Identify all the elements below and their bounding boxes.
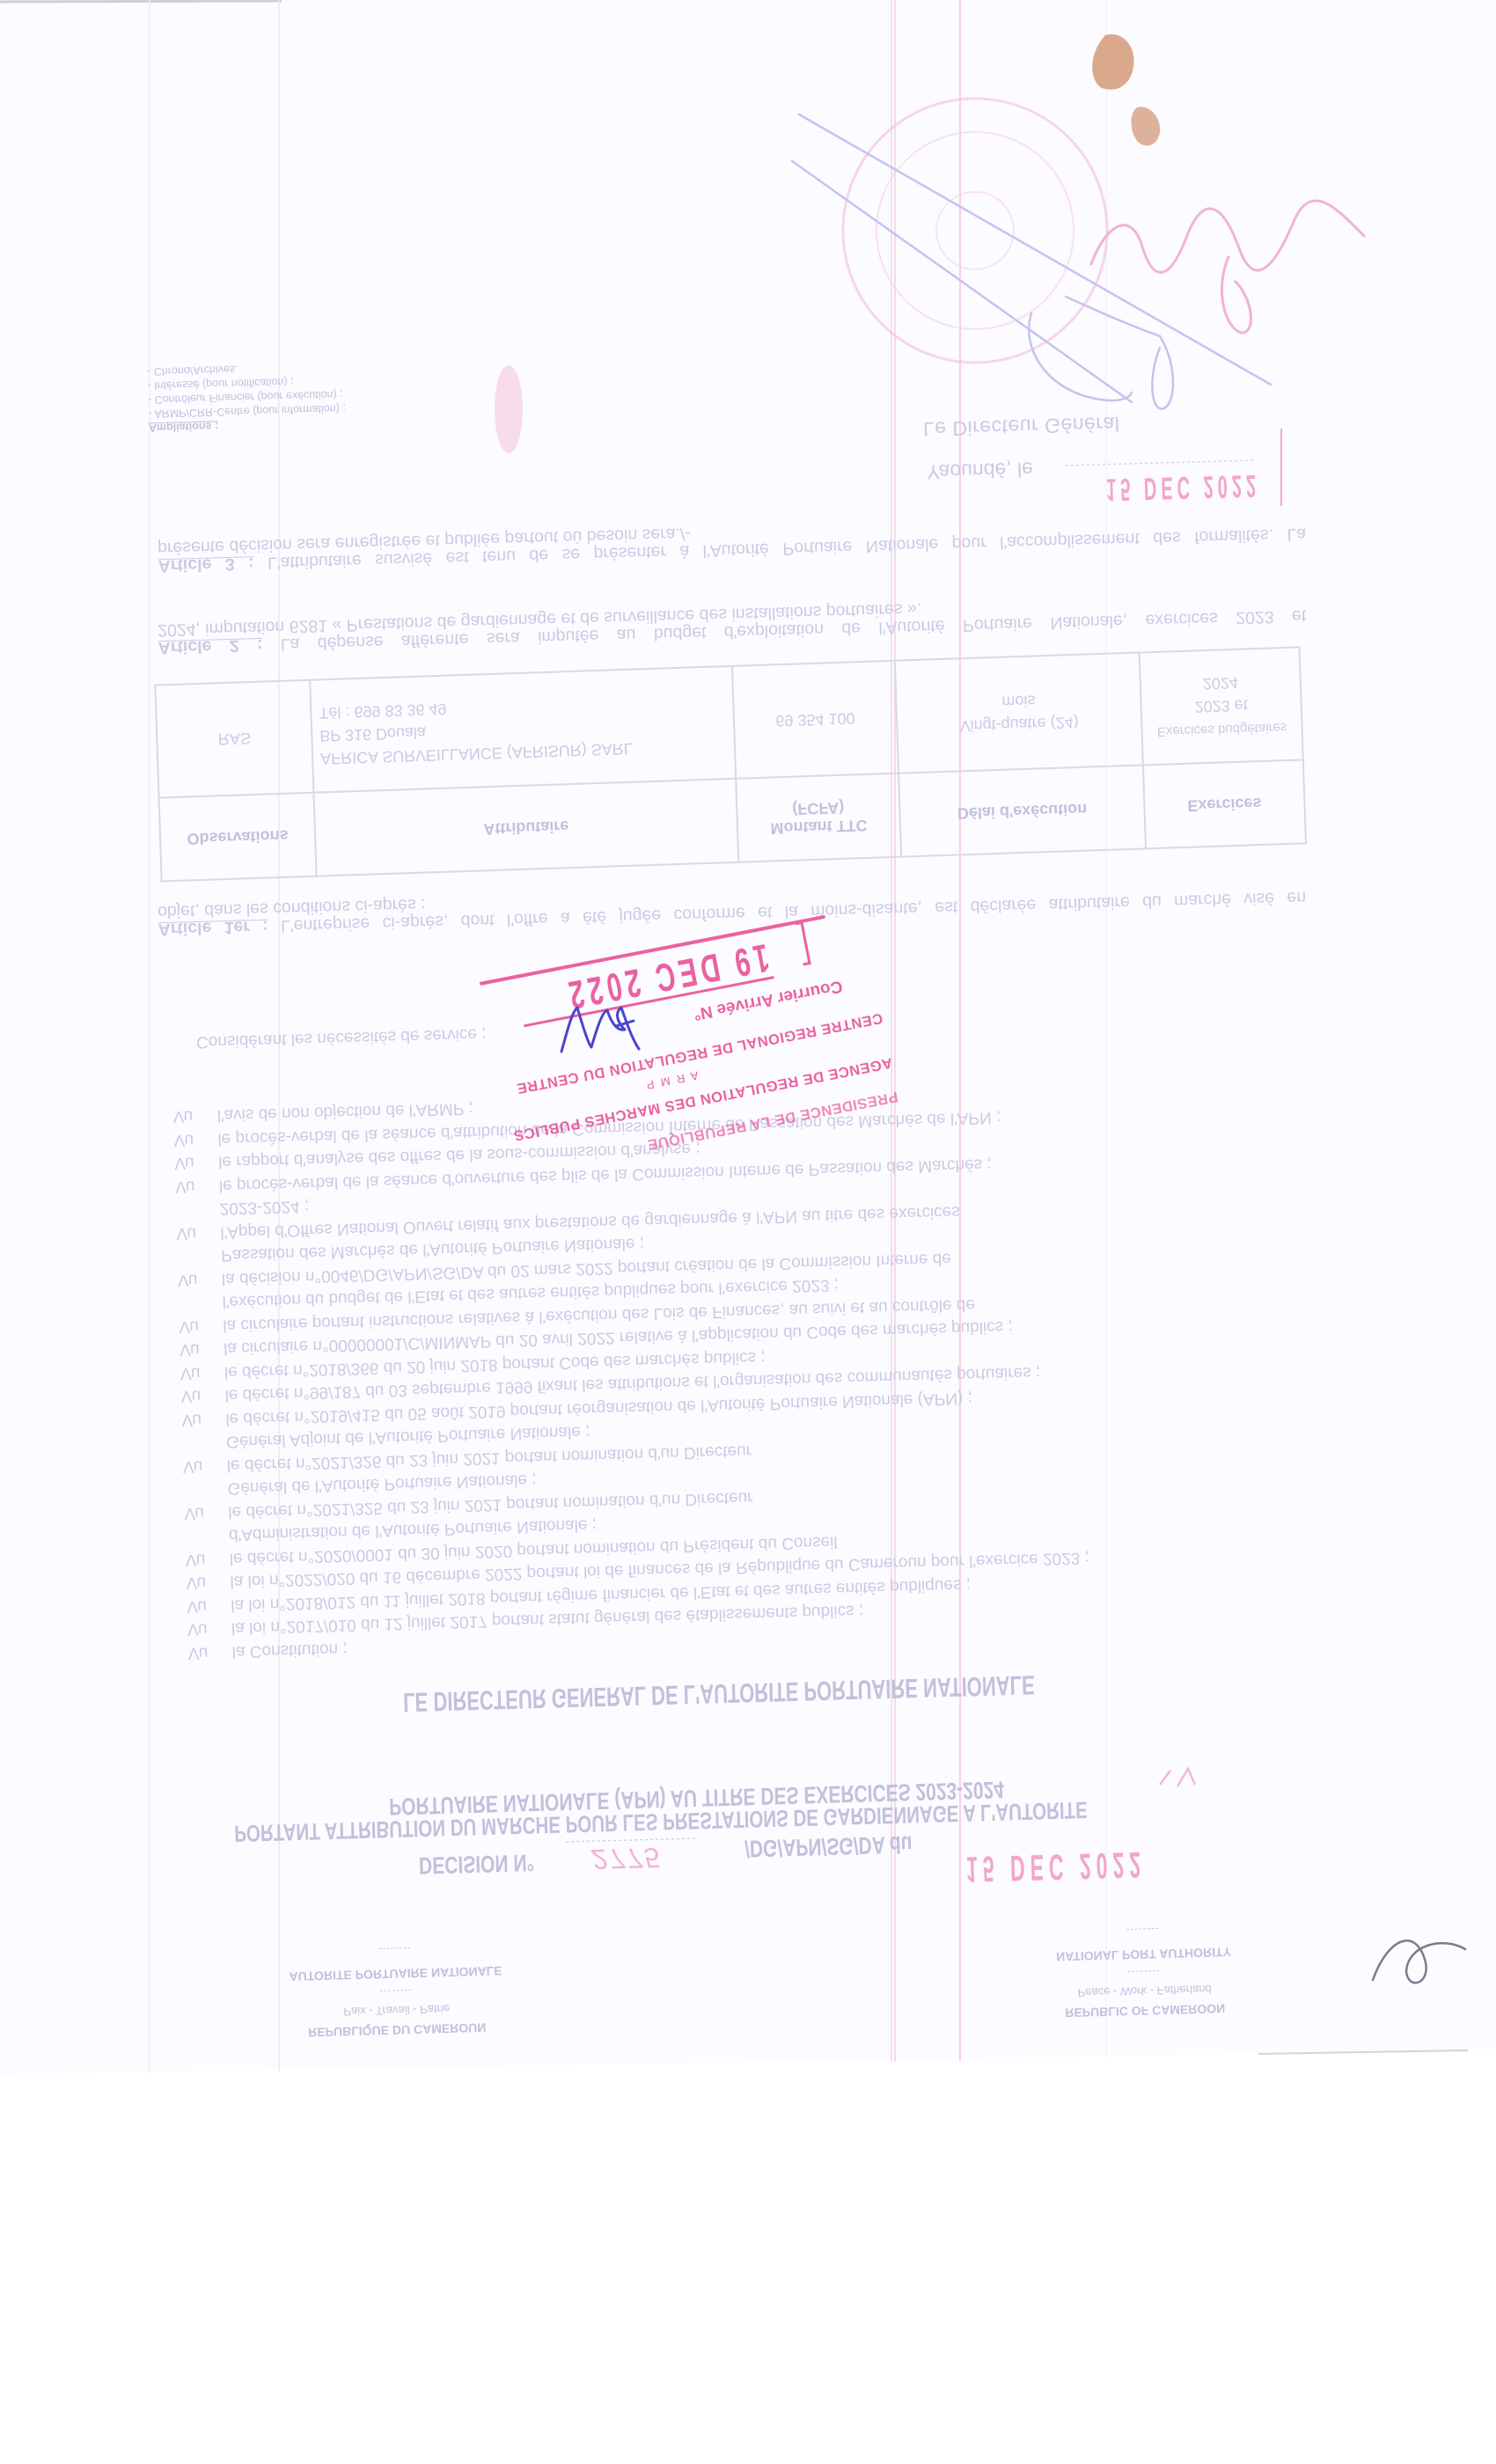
visas-list: Vula Constitution ; Vula loi n°2017/010 … [172,1073,1331,1664]
cell-montant-ttc: 69 354 100 [732,661,898,779]
visa-label: Vu [187,1617,232,1641]
decision-date-stamp: 15 DEC 2022 [965,1846,1146,1889]
table-header-delai: Délai d'exécution [898,765,1146,856]
header-right-block: REPUBLIC OF CAMEROON Peace - Work - Fath… [1001,1913,1286,2025]
visa-label: Vu [184,1500,229,1524]
header-left-block: REPUBLIQUE DU CAMEROUN Paix - Travail - … [253,1932,538,2044]
visa-label: Vu [180,1337,224,1361]
ampliations-block: Ampliations : - ARMP/CRR-Centre (pour in… [147,357,430,436]
cell-delai: Vingt-quatre (24) mois [895,653,1143,774]
visa-label [185,1523,230,1548]
visa-label [177,1243,222,1268]
visa-label: Vu [180,1360,225,1384]
visa-label: Vu [175,1173,220,1198]
decision-handwritten-number: 2775 [591,1842,662,1875]
visa-label: Vu [172,1104,217,1128]
signatory-title: Le Directeur Général [923,414,1120,440]
visa-label: Vu [178,1266,223,1291]
award-table: Observations Attributaire Montant TTC (F… [155,665,1305,882]
cell-observations: RAS [155,680,313,798]
signature-date-stamp: 15 DEC 2022 [1105,466,1260,508]
header-separator: -------- [1002,1918,1284,1941]
stamp-bracket [795,921,810,966]
table-header-attributaire: Attributaire [313,779,738,876]
header-motto-fr: Paix - Travail - Patrie [256,1998,538,2022]
visa-label: Vu [187,1593,231,1617]
visa-label: Vu [181,1406,226,1431]
visa-label: Vu [182,1453,227,1478]
visa-label [182,1430,227,1455]
decision-reference: /DG/APN/SG/DA du [744,1830,913,1862]
header-motto-en: Peace - Work - Fatherland [1004,1979,1286,2003]
visa-label: Vu [174,1150,219,1175]
visa-text: la Constitution ; [231,1636,348,1662]
visa-label: Vu [173,1126,218,1151]
visa-label [183,1477,228,1501]
visa-text: 2023-2024 ; [219,1194,309,1220]
stamp-line-armp: A R M P [643,1069,699,1092]
exercices-line: 2024 [1148,670,1294,697]
table-header-exercices: Exercices [1143,759,1306,848]
visa-label: Vu [187,1639,232,1664]
signature-place-date: Yaoundé, le [927,458,1034,482]
cell-attributaire: AFRICA SURVEILLANCE (AFRISUR) SARL BP 31… [310,666,736,793]
visa-label [178,1290,223,1315]
decision-label: DECISION N° [419,1848,535,1879]
visa-label [175,1197,220,1221]
exercices-line: Exercices budgétaires [1149,715,1294,743]
visa-label: Vu [185,1546,230,1571]
table-header-observations: Observations [159,793,317,882]
cell-exercices: Exercices budgétaires 2023 et 2024 [1140,647,1303,765]
visa-label: Vu [186,1570,231,1595]
table-header-montant: Montant TTC (FCFA) [736,774,901,862]
header-separator: -------- [254,1937,536,1961]
visa-label: Vu [176,1220,221,1244]
visa-label: Vu [179,1313,224,1338]
visa-label: Vu [180,1383,225,1408]
